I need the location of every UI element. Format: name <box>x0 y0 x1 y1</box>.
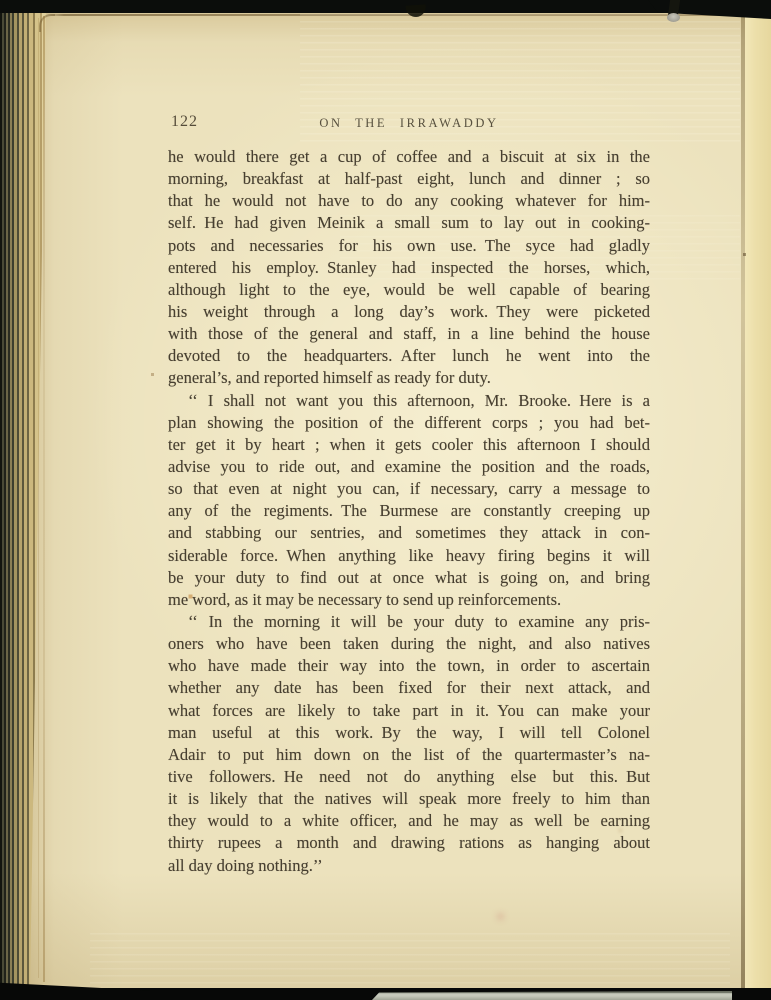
page-left-crease-faint <box>38 18 39 978</box>
text-line: thirty rupees a month and drawing ration… <box>168 832 650 854</box>
page-left-crease <box>43 16 45 982</box>
clip-metal-tip <box>667 13 680 22</box>
text-line: what forces are likely to take part in i… <box>168 700 650 722</box>
page-header: 122 ON THE IRRAWADDY <box>168 113 650 131</box>
text-line: all day doing nothing.’’ <box>168 855 650 877</box>
text-line: entered his employ. Stanley had inspecte… <box>168 257 650 279</box>
text-line: advise you to ride out, and examine the … <box>168 456 650 478</box>
text-line: ter get it by heart ; when it gets coole… <box>168 434 650 456</box>
page-corner-browned-edge <box>39 14 55 32</box>
text-line: self. He had given Meinik a small sum to… <box>168 212 650 234</box>
scanned-book-photo: 122 ON THE IRRAWADDY he would there get … <box>0 0 771 1000</box>
text-line: whether any date has been fixed for thei… <box>168 677 650 699</box>
text-line: he would there get a cup of coffee and a… <box>168 146 650 168</box>
text-line: and stabbing our sentries, and sometimes… <box>168 522 650 544</box>
text-line: they would to a white officer, and he ma… <box>168 810 650 832</box>
text-line: man useful at this work. By the way, I w… <box>168 722 650 744</box>
body-text: he would there get a cup of coffee and a… <box>168 146 650 877</box>
text-line: although light to the eye, would be well… <box>168 279 650 301</box>
cradle-glass-edge <box>372 991 732 1000</box>
page-holder-clip <box>660 0 690 25</box>
text-line: be your duty to find out at once what is… <box>168 567 650 589</box>
text-line: me word, as it may be necessary to send … <box>168 589 650 611</box>
scan-streaks-bottom <box>90 933 730 987</box>
text-line: ‘‘ I shall not want you this afternoon, … <box>168 390 650 412</box>
text-line: his weight through a long day’s work. Th… <box>168 301 650 323</box>
text-line: it is likely that the natives will speak… <box>168 788 650 810</box>
text-line: that he would not have to do any cooking… <box>168 190 650 212</box>
text-line: morning, breakfast at half-past eight, l… <box>168 168 650 190</box>
text-line: oners who have been taken during the nig… <box>168 633 650 655</box>
text-line: plan showing the position of the differe… <box>168 412 650 434</box>
text-line: general’s, and reported himself as ready… <box>168 367 650 389</box>
running-header: ON THE IRRAWADDY <box>168 116 650 131</box>
text-line: so that even at night you can, if necess… <box>168 478 650 500</box>
text-line: any of the regiments. The Burmese are co… <box>168 500 650 522</box>
text-line: devoted to the headquarters. After lunch… <box>168 345 650 367</box>
text-line: siderable force. When anything like heav… <box>168 545 650 567</box>
text-line: with those of the general and staff, in … <box>168 323 650 345</box>
text-line: ‘‘ In the morning it will be your duty t… <box>168 611 650 633</box>
text-line: Adair to put him down on the list of the… <box>168 744 650 766</box>
text-line: who have made their way into the town, i… <box>168 655 650 677</box>
text-line: tive followers. He need not do anything … <box>168 766 650 788</box>
facing-page-sliver <box>745 12 771 990</box>
text-line: pots and necessaries for his own use. Th… <box>168 235 650 257</box>
